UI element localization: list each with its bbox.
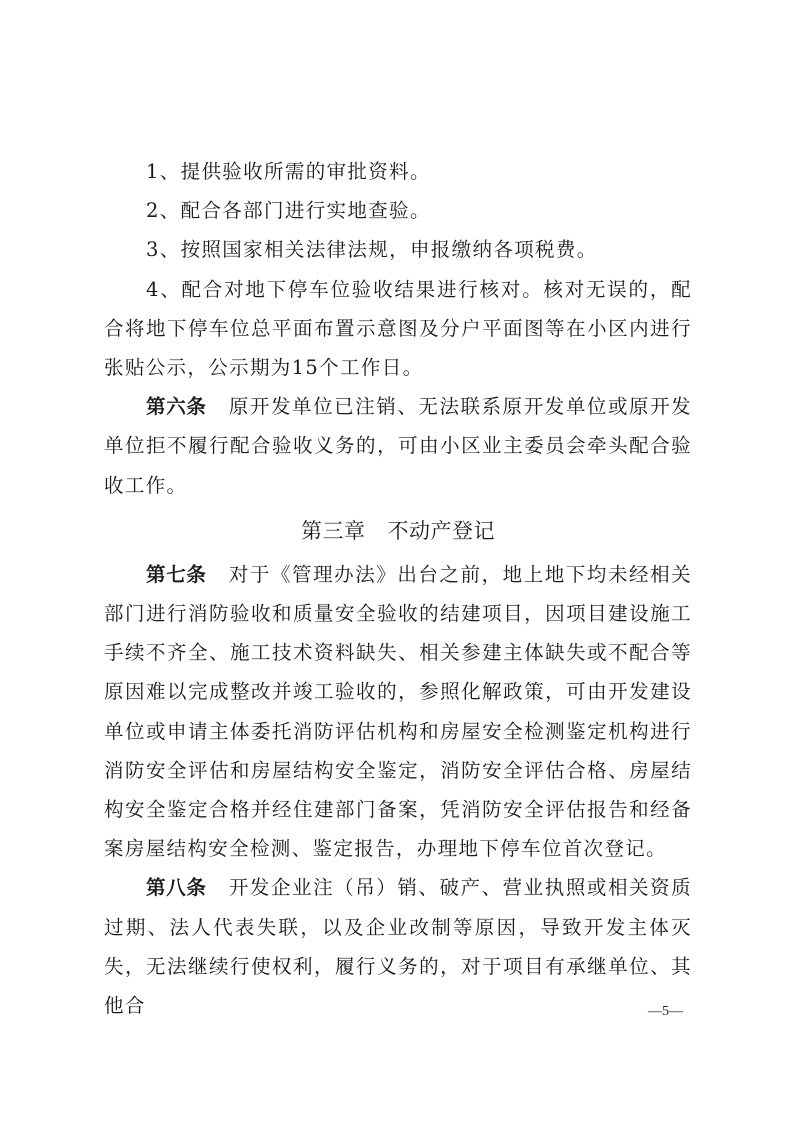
list-item-3: 3、按照国家相关法律法规，申报缴纳各项税费。 bbox=[104, 230, 692, 269]
chapter-title: 不动产登记 bbox=[388, 519, 496, 543]
list-item-2: 2、配合各部门进行实地查验。 bbox=[104, 191, 692, 230]
chapter-heading: 第三章不动产登记 bbox=[104, 511, 692, 551]
article-8-label: 第八条 bbox=[146, 876, 207, 899]
article-7-label: 第七条 bbox=[146, 563, 207, 586]
chapter-number: 第三章 bbox=[301, 519, 366, 543]
article-8: 第八条开发企业注（吊）销、破产、营业执照或相关资质过期、法人代表失联，以及企业改… bbox=[104, 868, 692, 1025]
list-item-4: 4、配合对地下停车位验收结果进行核对。核对无误的，配合将地下停车位总平面布置示意… bbox=[104, 270, 692, 388]
article-7-text: 对于《管理办法》出台之前，地上地下均未经相关部门进行消防验收和质量安全验收的结建… bbox=[104, 563, 692, 860]
article-6-label: 第六条 bbox=[146, 395, 207, 418]
article-7: 第七条对于《管理办法》出台之前，地上地下均未经相关部门进行消防验收和质量安全验收… bbox=[104, 555, 692, 869]
page-number: —5— bbox=[648, 1004, 683, 1020]
article-6: 第六条原开发单位已注销、无法联系原开发单位或原开发单位拒不履行配合验收义务的，可… bbox=[104, 387, 692, 505]
list-item-1: 1、提供验收所需的审批资料。 bbox=[104, 152, 692, 191]
document-body: 1、提供验收所需的审批资料。 2、配合各部门进行实地查验。 3、按照国家相关法律… bbox=[104, 152, 692, 1025]
